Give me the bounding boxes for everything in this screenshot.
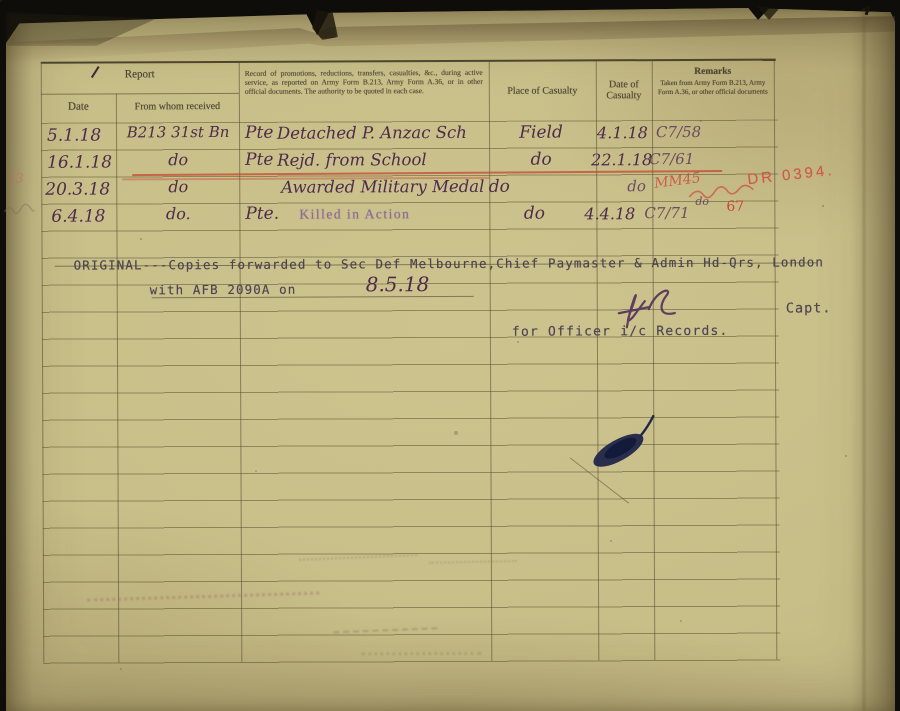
entry-place: do: [496, 149, 586, 169]
typed-forwarding-line2: with AFB 2090A on: [150, 282, 297, 298]
header-date: Date: [41, 100, 116, 112]
report-divider: [41, 93, 239, 95]
entry-casualty-date: 4.1.18: [597, 123, 648, 142]
entry-casualty-date: 4.4.18: [584, 204, 635, 223]
for-officer-records-label: for Officer i/c Records.: [512, 324, 729, 340]
entry-record: Awarded Military Medal: [281, 177, 484, 197]
entry-remarks: C7/61: [649, 150, 694, 168]
entry-rank: Pte: [245, 150, 273, 170]
ruled-lines: [41, 120, 780, 665]
capt-label: Capt.: [786, 300, 832, 316]
header-remarks-sub: Taken from Army Form B.213, Army Form A.…: [657, 79, 769, 96]
margin-note-13: 13: [7, 172, 24, 187]
header-from-whom: From whom received: [116, 101, 239, 113]
entry-remarks: C7/58: [656, 123, 701, 141]
record-table: Report Date From whom received Record of…: [0, 0, 900, 711]
entry-rank: Pte.: [245, 204, 279, 224]
document-scan: Report Date From whom received Record of…: [0, 0, 900, 711]
header-place-of-casualty: Place of Casualty: [489, 85, 596, 96]
row4-do-note: do: [695, 195, 709, 208]
entry-from: do.: [117, 204, 239, 224]
header-report: Report: [41, 68, 239, 81]
entry-place: do: [504, 203, 564, 223]
margin-pencil-scribble: [2, 200, 36, 218]
entry-place: Field: [496, 122, 586, 142]
row4-red-note: 67: [726, 199, 744, 215]
entry-from: do: [117, 150, 239, 170]
entry-record: Detached P. Anzac Sch: [277, 123, 467, 143]
entry-from: B213 31st Bn: [117, 123, 239, 142]
entry-record: Rejd. from School: [277, 150, 427, 170]
entry-date: 5.1.18: [47, 125, 119, 145]
entry-date: 20.3.18: [45, 179, 119, 199]
table-top-border: [41, 59, 776, 64]
entry-date: 6.4.18: [51, 206, 121, 226]
killed-in-action-stamp: Killed in Action: [299, 206, 410, 222]
bleedthrough-stamp-shadow: [361, 646, 481, 656]
entry-remarks: C7/71: [644, 204, 689, 222]
entry-date: 16.1.18: [47, 152, 119, 172]
entry-rank: Pte: [245, 123, 273, 143]
entry-remarks: do: [627, 177, 646, 195]
entry-place: do: [469, 177, 529, 197]
entry-casualty-date: 22.1.18: [591, 150, 652, 169]
header-remarks: Remarks: [652, 67, 774, 78]
ink-blot: [560, 404, 681, 520]
ink-tick-mark: [89, 65, 103, 81]
handwritten-date: 8.5.18: [366, 272, 430, 296]
header-record-description: Record of promotions, reductions, transf…: [245, 68, 483, 96]
entry-from: do: [117, 177, 239, 197]
header-date-of-casualty: Date of Casualty: [596, 79, 652, 101]
